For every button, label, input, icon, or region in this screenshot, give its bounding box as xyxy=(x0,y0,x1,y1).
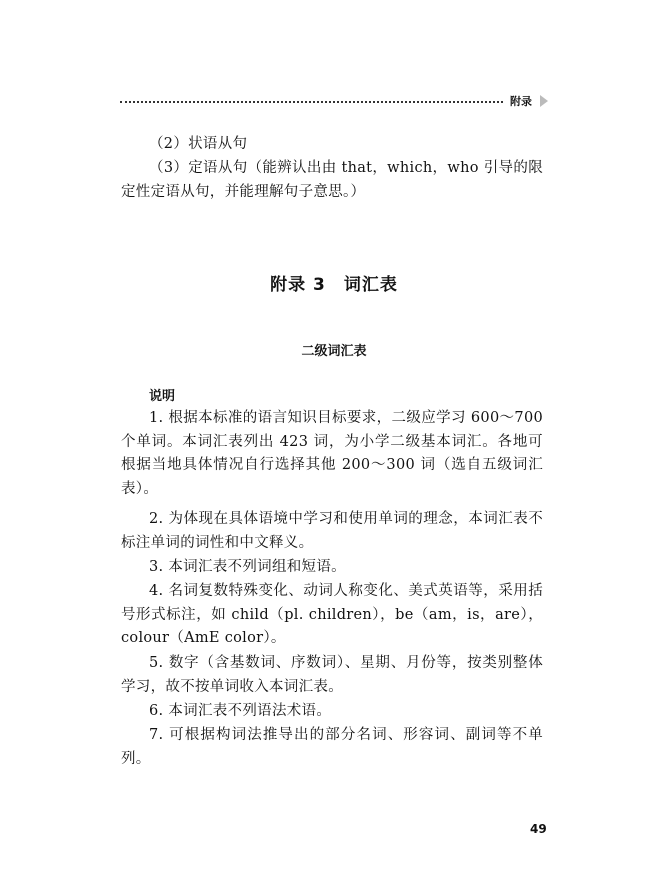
note-4: 4. 名词复数特殊变化、动词人称变化、美式英语等，采用括号形式标注，如 chil… xyxy=(121,580,543,651)
note-5: 5. 数字（含基数词、序数词）、星期、月份等，按类别整体学习，故不按单词收入本词… xyxy=(121,652,543,699)
note-3: 3. 本词汇表不列词组和短语。 xyxy=(121,556,543,580)
note-6: 6. 本词汇表不列语法术语。 xyxy=(121,700,543,724)
note-7: 7. 可根据构词法推导出的部分名词、形容词、副词等不单列。 xyxy=(121,724,543,771)
notes-heading: 说明 xyxy=(149,385,175,404)
triangle-right-icon xyxy=(540,95,548,107)
subtitle: 二级词汇表 xyxy=(0,340,668,359)
dotted-leader xyxy=(120,101,503,103)
intro-item-2: （2）状语从句 xyxy=(121,133,543,157)
intro-item-3: （3）定语从句（能辨认出由 that，which，who 引导的限定性定语从句，… xyxy=(121,157,543,204)
note-2: 2. 为体现在具体语境中学习和使用单词的理念，本词汇表不标注单词的词性和中文释义… xyxy=(121,508,543,555)
appendix-title: 附录 3 词汇表 xyxy=(0,270,668,295)
page-number: 49 xyxy=(530,822,547,836)
running-header: 附录 xyxy=(120,95,560,109)
note-1: 1. 根据本标准的语言知识目标要求，二级应学习 600～700 个单词。本词汇表… xyxy=(121,407,543,501)
section-label: 附录 xyxy=(510,93,532,109)
